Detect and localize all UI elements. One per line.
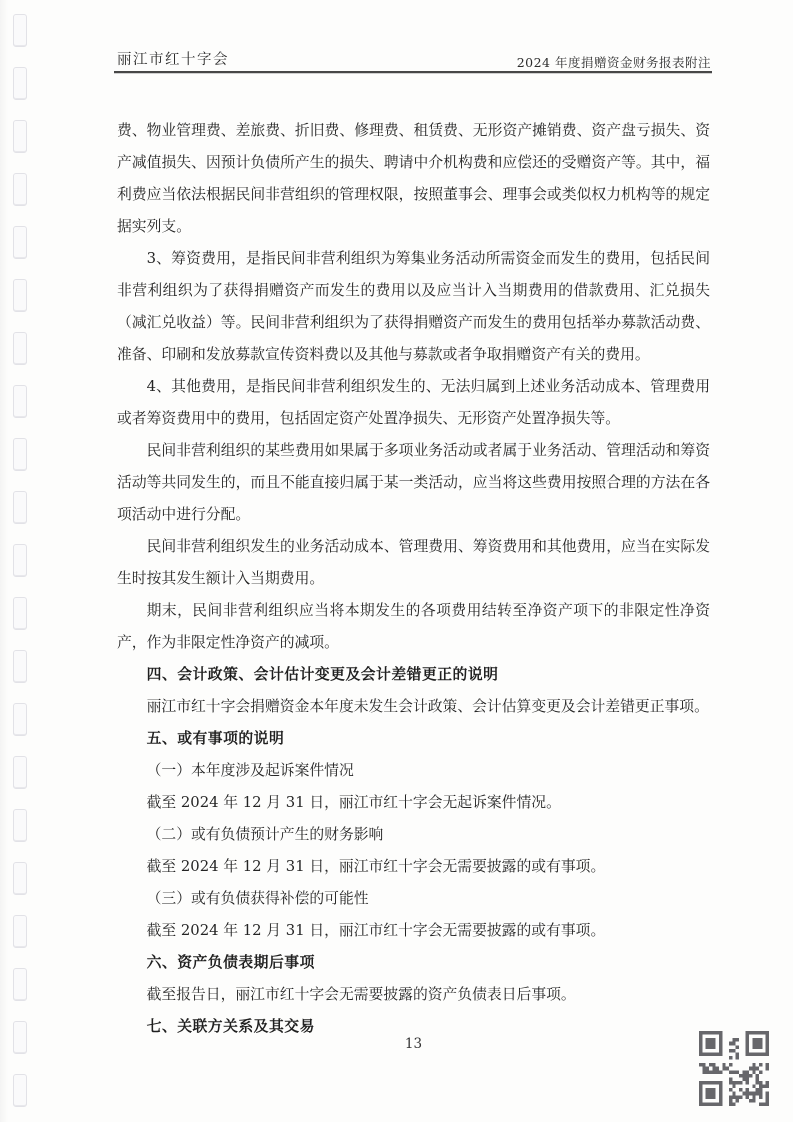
- org-name: 丽江市红十字会: [117, 48, 229, 69]
- body-paragraph: 截至 2024 年 12 月 31 日，丽江市红十字会无需要披露的或有事项。: [117, 915, 710, 947]
- scan-edge-shade: [0, 0, 8, 1122]
- section-heading: 六、资产负债表期后事项: [117, 947, 710, 979]
- section-heading: 四、会计政策、会计估计变更及会计差错更正的说明: [117, 659, 710, 691]
- body-paragraph: （二）或有负债预计产生的财务影响: [117, 819, 710, 851]
- binding-hole-mark: [13, 332, 27, 365]
- qr-code-icon: [699, 1031, 769, 1106]
- document-body: 费、物业管理费、差旅费、折旧费、修理费、租赁费、无形资产摊销费、资产盘亏损失、资…: [117, 115, 710, 1043]
- body-paragraph: （一）本年度涉及起诉案件情况: [117, 755, 710, 787]
- binding-hole-mark: [13, 385, 27, 418]
- page-number: 13: [117, 1036, 710, 1052]
- binding-hole-mark: [13, 120, 27, 153]
- binding-hole-mark: [13, 67, 27, 100]
- binding-hole-mark: [13, 173, 27, 206]
- binding-hole-mark: [13, 597, 27, 630]
- header-rule: [114, 71, 712, 73]
- report-title: 2024 年度捐赠资金财务报表附注: [517, 53, 711, 71]
- binding-hole-mark: [13, 438, 27, 471]
- binding-hole-mark: [13, 809, 27, 842]
- document-page: 丽江市红十字会 2024 年度捐赠资金财务报表附注 费、物业管理费、差旅费、折旧…: [0, 0, 793, 1122]
- binding-hole-mark: [13, 915, 27, 948]
- binding-hole-mark: [13, 544, 27, 577]
- body-paragraph: 期末，民间非营利组织应当将本期发生的各项费用结转至净资产项下的非限定性净资产，作…: [117, 595, 710, 659]
- body-paragraph: 截至 2024 年 12 月 31 日，丽江市红十字会无起诉案件情况。: [117, 787, 710, 819]
- body-paragraph: 费、物业管理费、差旅费、折旧费、修理费、租赁费、无形资产摊销费、资产盘亏损失、资…: [117, 115, 710, 243]
- body-paragraph: 丽江市红十字会捐赠资金本年度未发生会计政策、会计估算变更及会计差错更正事项。: [117, 691, 710, 723]
- section-heading: 五、或有事项的说明: [117, 723, 710, 755]
- body-paragraph: （三）或有负债获得补偿的可能性: [117, 883, 710, 915]
- binding-hole-mark: [13, 968, 27, 1001]
- binding-hole-mark: [13, 650, 27, 683]
- body-paragraph: 4、其他费用，是指民间非营利组织发生的、无法归属到上述业务活动成本、管理费用或者…: [117, 371, 710, 435]
- binding-hole-mark: [13, 226, 27, 259]
- binding-hole-mark: [13, 14, 27, 47]
- binding-hole-mark: [13, 703, 27, 736]
- body-paragraph: 截至报告日，丽江市红十字会无需要披露的资产负债表日后事项。: [117, 979, 710, 1011]
- binding-hole-mark: [13, 1021, 27, 1054]
- binding-hole-mark: [13, 862, 27, 895]
- binding-hole-mark: [13, 1074, 27, 1107]
- binding-hole-mark: [13, 756, 27, 789]
- body-paragraph: 民间非营利组织的某些费用如果属于多项业务活动或者属于业务活动、管理活动和筹资活动…: [117, 435, 710, 531]
- binding-hole-mark: [13, 279, 27, 312]
- binding-hole-mark: [13, 491, 27, 524]
- body-paragraph: 3、筹资费用，是指民间非营利组织为筹集业务活动所需资金而发生的费用，包括民间非营…: [117, 243, 710, 371]
- body-paragraph: 截至 2024 年 12 月 31 日，丽江市红十字会无需要披露的或有事项。: [117, 851, 710, 883]
- body-paragraph: 民间非营利组织发生的业务活动成本、管理费用、筹资费用和其他费用，应当在实际发生时…: [117, 531, 710, 595]
